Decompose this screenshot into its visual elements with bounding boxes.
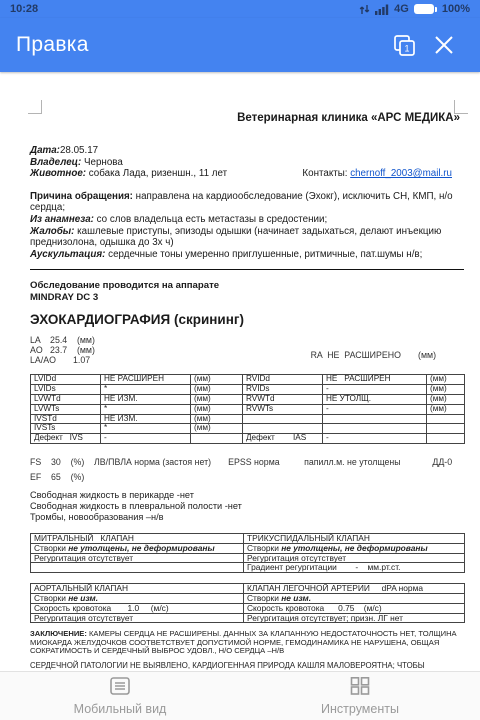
auscultation-label: Аускультация:	[30, 249, 105, 260]
table-row: Скорость кровотока 1.0 (м/с)Скорость кро…	[31, 603, 465, 613]
table-cell: Створки не утолщены, не деформированы	[31, 543, 244, 553]
mobile-view-icon	[110, 677, 130, 700]
date-label: Дата:	[30, 145, 60, 156]
table-cell: (мм)	[427, 394, 465, 404]
table-cell: Створки не утолщены, не деформированы	[244, 543, 465, 553]
mobile-view-label: Мобильный вид	[74, 702, 167, 716]
contacts: Контакты: chernoff_2003@mail.ru	[302, 168, 464, 180]
table-cell: МИТРАЛЬНЫЙ КЛАПАН	[31, 533, 244, 543]
ra-measurement: RA НЕ РАСШИРЕНО (мм)	[311, 350, 436, 360]
battery-percent-label: 100%	[442, 3, 470, 15]
table-cell: (мм)	[191, 375, 243, 385]
table-row: Дефект IVS-Дефект IAS-	[31, 434, 465, 444]
app-window: 10:28 4G 100% Правка 1	[0, 0, 480, 720]
owner-refusal-note: (владелец отказался)	[30, 670, 461, 671]
table-cell: *	[101, 424, 191, 434]
summary-paragraph: СЕРДЕЧНОЙ ПАТОЛОГИИ НЕ ВЫЯВЛЕНО, КАРДИОГ…	[30, 661, 464, 671]
date-line: Дата:28.05.17	[30, 145, 464, 157]
network-type-label: 4G	[394, 3, 409, 15]
table-cell: (мм)	[191, 404, 243, 414]
la-measurement: LA 25.4 (мм)	[30, 335, 464, 345]
table-cell: НЕ РАСШИРЕН	[323, 375, 427, 385]
leaflets-prefix: Створки	[247, 593, 281, 603]
leaflets-prefix: Створки	[247, 543, 281, 553]
table-cell: LVWTs	[31, 404, 101, 414]
mitral-tricuspid-table: МИТРАЛЬНЫЙ КЛАПАНТРИКУСПИДАЛЬНЫЙ КЛАПАН …	[30, 533, 465, 573]
email-link[interactable]: chernoff_2003@mail.ru	[350, 168, 452, 179]
table-row: LVWTs*(мм)RVWTs-(мм)	[31, 404, 465, 414]
table-cell: (мм)	[427, 385, 465, 395]
table-row: МИТРАЛЬНЫЙ КЛАПАНТРИКУСПИДАЛЬНЫЙ КЛАПАН	[31, 533, 465, 543]
table-cell: Скорость кровотока 1.0 (м/с)	[31, 603, 244, 613]
history-label: Из анамнеза:	[30, 214, 94, 225]
animal-line: Животное: собака Лада, ризеншн., 11 лет …	[30, 168, 464, 180]
table-cell: Створки не изм.	[244, 593, 465, 603]
table-row: Регургитация отсутствуетРегургитация отс…	[31, 613, 465, 623]
table-cell: LVIDd	[31, 375, 101, 385]
table-cell: (мм)	[191, 414, 243, 424]
table-row: LVIDs*(мм)RVIDs-(мм)	[31, 385, 465, 395]
auscultation-line: Аускультация: сердечные тоны умеренно пр…	[30, 249, 464, 261]
table-cell: IVSTs	[31, 424, 101, 434]
table-cell: RVWTs	[243, 404, 323, 414]
close-button[interactable]	[424, 25, 464, 65]
table-cell: IVSTd	[31, 414, 101, 424]
leaflets-state: не утолщены, не деформированы	[68, 543, 214, 553]
table-cell: RVWTd	[243, 394, 323, 404]
animal-value: собака Лада, ризеншн., 11 лет	[89, 168, 227, 179]
table-cell: LVIDs	[31, 385, 101, 395]
clock: 10:28	[10, 3, 38, 15]
echo-section-title: ЭХОКАРДИОГРАФИЯ (скрининг)	[30, 312, 464, 327]
battery-icon	[414, 4, 437, 14]
table-cell	[191, 434, 243, 444]
fs-measurement-line: FS 30 (%) ЛВ/ПВЛА норма (застоя нет) EPS…	[30, 457, 464, 467]
table-cell: Створки не изм.	[31, 593, 244, 603]
aortic-pulmonary-table: АОРТАЛЬНЫЙ КЛАПАНКЛАПАН ЛЕГОЧНОЙ АРТЕРИИ…	[30, 583, 465, 623]
table-row: Регургитация отсутствуетРегургитация отс…	[31, 553, 465, 563]
history-line: Из анамнеза: со слов владельца есть мета…	[30, 214, 464, 226]
table-cell: (мм)	[191, 394, 243, 404]
animal-left: Животное: собака Лада, ризеншн., 11 лет	[30, 168, 227, 180]
table-cell: Регургитация отсутствует	[31, 553, 244, 563]
leaflets-prefix: Створки	[34, 593, 68, 603]
table-cell: -	[323, 385, 427, 395]
date-value: 28.05.17	[60, 145, 98, 156]
conclusion-paragraph: ЗАКЛЮЧЕНИЕ: КАМЕРЫ СЕРДЦА НЕ РАСШИРЕНЫ. …	[30, 630, 464, 656]
table-row: IVSTdНЕ ИЗМ.(мм)	[31, 414, 465, 424]
page-title: Правка	[16, 33, 89, 57]
table-row: Градиент регургитации - мм.рт.ст.	[31, 563, 465, 573]
table-cell: НЕ РАСШИРЕН	[101, 375, 191, 385]
app-bar: Правка 1	[0, 18, 480, 72]
anamnesis-block: Причина обращения: направлена на кардиоо…	[30, 191, 464, 261]
table-cell	[243, 424, 323, 434]
table-cell	[427, 424, 465, 434]
signal-strength-icon	[375, 4, 389, 15]
table-cell: (мм)	[191, 424, 243, 434]
table-cell	[427, 434, 465, 444]
table-cell: (мм)	[427, 375, 465, 385]
leaflets-state: не утолщены, не деформированы	[281, 543, 427, 553]
table-row: LVWTdНЕ ИЗМ.(мм)RVWTdНЕ УТОЛЩ.(мм)	[31, 394, 465, 404]
table-row: Створки не изм. Створки не изм.	[31, 593, 465, 603]
summary-text: СЕРДЕЧНОЙ ПАТОЛОГИИ НЕ ВЫЯВЛЕНО, КАРДИОГ…	[30, 661, 425, 671]
animal-label: Животное:	[30, 168, 86, 179]
page-margin-mark-left	[28, 100, 42, 114]
owner-value: Чернова	[84, 157, 123, 168]
table-row: АОРТАЛЬНЫЙ КЛАПАНКЛАПАН ЛЕГОЧНОЙ АРТЕРИИ…	[31, 584, 465, 594]
table-cell	[31, 563, 244, 573]
table-cell: Регургитация отсутствует	[31, 613, 244, 623]
section-divider	[30, 269, 464, 270]
table-cell: *	[101, 385, 191, 395]
table-row: LVIDdНЕ РАСШИРЕН(мм)RVIDdНЕ РАСШИРЕН(мм)	[31, 375, 465, 385]
table-cell: *	[101, 404, 191, 414]
table-cell: АОРТАЛЬНЫЙ КЛАПАН	[31, 584, 244, 594]
table-cell: Регургитация отсутствует	[244, 553, 465, 563]
page-margin-mark-right	[454, 100, 468, 114]
battery-nub	[435, 7, 437, 12]
complaints-text: кашлевые приступы, эпизоды одышки (начин…	[30, 226, 441, 249]
table-cell: -	[323, 404, 427, 414]
device-line2: MINDRAY DC 3	[30, 292, 464, 304]
mobile-view-button[interactable]: Мобильный вид	[0, 672, 240, 720]
table-cell: КЛАПАН ЛЕГОЧНОЙ АРТЕРИИ dPA норма	[244, 584, 465, 594]
table-cell: RVIDs	[243, 385, 323, 395]
table-cell: НЕ ИЗМ.	[101, 394, 191, 404]
complaints-line: Жалобы: кашлевые приступы, эпизоды одышк…	[30, 226, 464, 249]
reason-label: Причина обращения:	[30, 191, 133, 202]
table-cell	[323, 414, 427, 424]
table-cell: НЕ ИЗМ.	[101, 414, 191, 424]
fluids-block: Свободная жидкость в перикарде -нет Своб…	[30, 490, 464, 523]
pages-button[interactable]: 1	[384, 25, 424, 65]
table-cell: Дефект IAS	[243, 434, 323, 444]
contacts-label: Контакты:	[302, 168, 350, 179]
leaflets-state: не изм.	[68, 593, 98, 603]
history-text: со слов владельца есть метастазы в средо…	[97, 214, 328, 225]
table-cell: -	[101, 434, 191, 444]
table-row: IVSTs*(мм)	[31, 424, 465, 434]
device-block: Обследование проводится на аппарате MIND…	[30, 280, 464, 303]
chamber-measurements-table: LVIDdНЕ РАСШИРЕН(мм)RVIDdНЕ РАСШИРЕН(мм)…	[30, 374, 465, 444]
status-bar: 10:28 4G 100%	[0, 0, 480, 18]
data-transfer-icon	[359, 4, 370, 15]
conclusion-text: КАМЕРЫ СЕРДЦА НЕ РАСШИРЕНЫ. ДАННЫХ ЗА КЛ…	[30, 629, 457, 655]
complaints-label: Жалобы:	[30, 226, 74, 237]
battery-body	[414, 4, 434, 14]
thrombi-line: Тромбы, новообразования –н/в	[30, 512, 464, 523]
tools-grid-icon	[350, 677, 370, 700]
measurements-block: LA 25.4 (мм) RA НЕ РАСШИРЕНО (мм) AO 23.…	[30, 335, 464, 365]
page-count-label: 1	[404, 43, 409, 53]
clinic-name: Ветеринарная клиника «АРС МЕДИКА»	[30, 112, 464, 124]
table-cell: Регургитация отсутствует; призн. ЛГ нет	[244, 613, 465, 623]
patient-info-block: Дата:28.05.17 Владелец: Чернова Животное…	[30, 145, 464, 180]
tools-label: Инструменты	[321, 702, 399, 716]
table-cell: RVIDd	[243, 375, 323, 385]
table-cell: LVWTd	[31, 394, 101, 404]
table-cell: (мм)	[191, 385, 243, 395]
pericardium-line: Свободная жидкость в перикарде -нет	[30, 490, 464, 501]
table-cell: Градиент регургитации - мм.рт.ст.	[244, 563, 465, 573]
auscultation-text: сердечные тоны умеренно приглушенные, ри…	[108, 249, 422, 260]
document-page[interactable]: Ветеринарная клиника «АРС МЕДИКА» Дата:2…	[0, 72, 480, 671]
device-line1: Обследование проводится на аппарате	[30, 280, 464, 292]
table-cell: ТРИКУСПИДАЛЬНЫЙ КЛАПАН	[244, 533, 465, 543]
owner-line: Владелец: Чернова	[30, 157, 464, 169]
reason-line: Причина обращения: направлена на кардиоо…	[30, 191, 464, 214]
table-cell: Скорость кровотока 0.75 (м/с)	[244, 603, 465, 613]
table-cell	[323, 424, 427, 434]
table-cell	[243, 414, 323, 424]
leaflets-state: не изм.	[281, 593, 311, 603]
owner-label: Владелец:	[30, 157, 81, 168]
tools-button[interactable]: Инструменты	[240, 672, 480, 720]
table-cell: НЕ УТОЛЩ.	[323, 394, 427, 404]
pleural-line: Свободная жидкость в плевральной полости…	[30, 501, 464, 512]
ef-measurement-line: EF 65 (%)	[30, 472, 464, 482]
table-cell: Дефект IVS	[31, 434, 101, 444]
table-cell: -	[323, 434, 427, 444]
leaflets-prefix: Створки	[34, 543, 68, 553]
bottom-toolbar: Мобильный вид Инструменты	[0, 671, 480, 720]
table-cell	[427, 414, 465, 424]
table-row: Створки не утолщены, не деформированы Ст…	[31, 543, 465, 553]
table-cell: (мм)	[427, 404, 465, 414]
